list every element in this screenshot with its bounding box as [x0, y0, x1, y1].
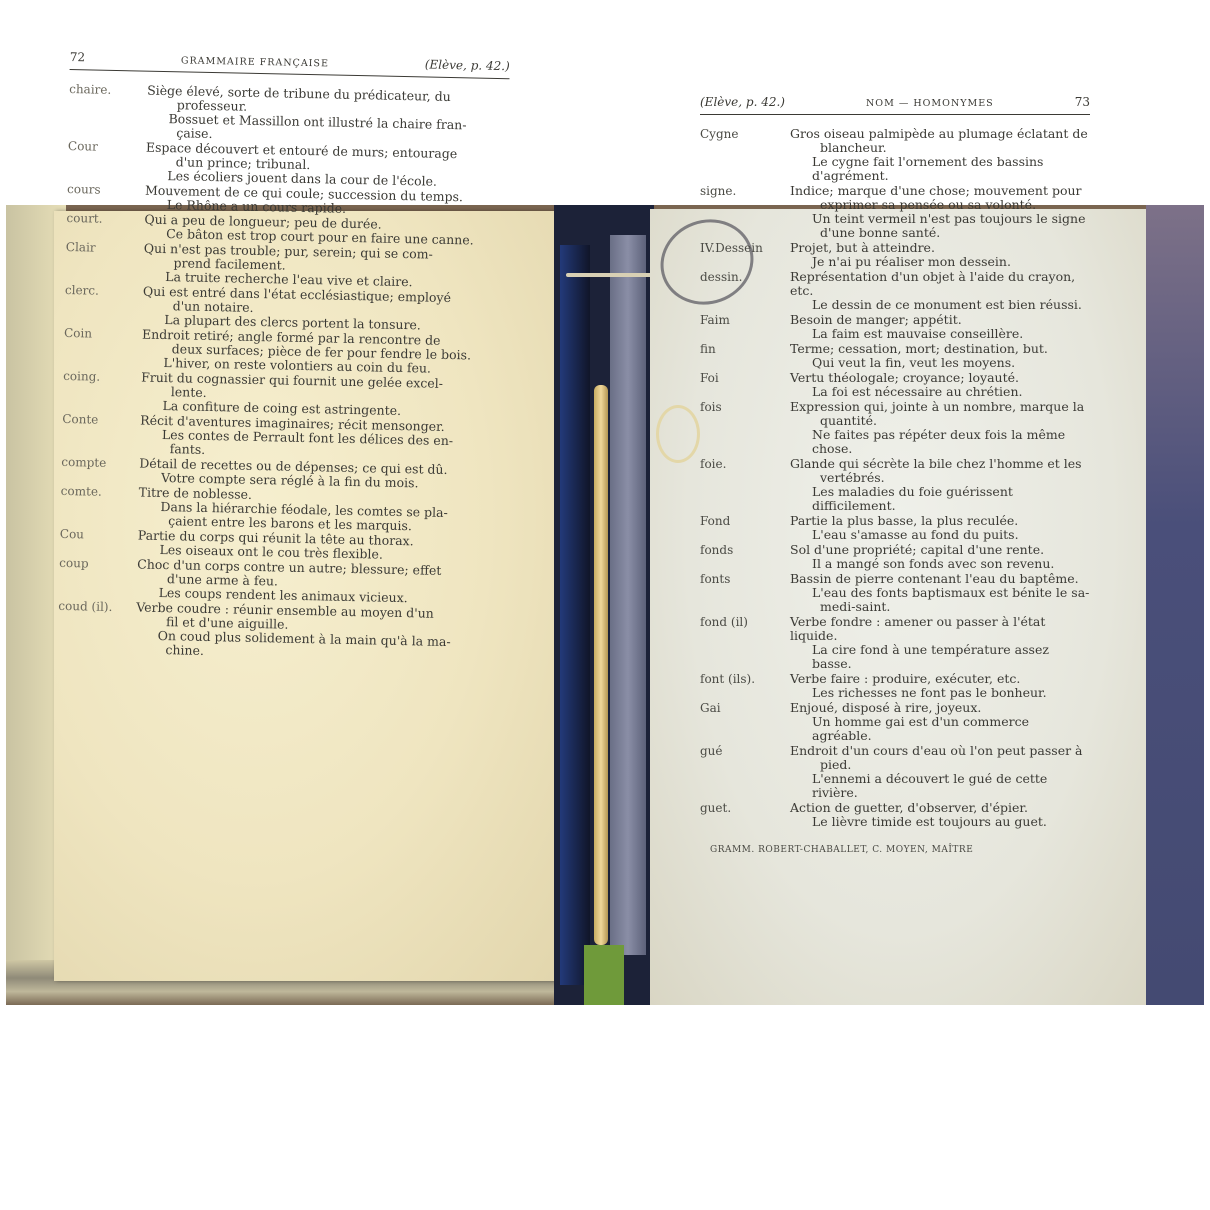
entry-term: Foi	[700, 371, 790, 399]
definition-line: Indice; marque d'une chose; mouvement po…	[790, 184, 1090, 198]
entry-term: coud (il).	[57, 599, 136, 657]
entry-term: foie.	[700, 457, 790, 513]
definition-line: Représentation d'un objet à l'aide du cr…	[790, 270, 1090, 298]
example-line: d'une bonne santé.	[790, 226, 1090, 240]
definition-line: vertébrés.	[790, 471, 1090, 485]
entry-definition: Terme; cessation, mort; destination, but…	[790, 342, 1090, 370]
entry: IV.DesseinProjet, but à atteindre.Je n'a…	[700, 241, 1090, 269]
entry-definition: Besoin de manger; appétit.La faim est ma…	[790, 313, 1090, 341]
entry: guéEndroit d'un cours d'eau où l'on peut…	[700, 744, 1090, 800]
entry-term: fonts	[700, 572, 790, 614]
example-line: medi-saint.	[790, 600, 1090, 614]
entry-term: Cour	[67, 139, 146, 183]
entry-term: font (ils).	[700, 672, 790, 700]
entry: guet.Action de guetter, d'observer, d'ép…	[700, 801, 1090, 829]
entry-term: fonds	[700, 543, 790, 571]
example-line: Il a mangé son fonds avec son revenu.	[790, 557, 1090, 571]
definition-line: Verbe faire : produire, exécuter, etc.	[790, 672, 1090, 686]
entry-term: coup	[59, 556, 138, 600]
entry-term: dessin.	[700, 270, 790, 312]
entry-definition: Vertu théologale; croyance; loyauté.La f…	[790, 371, 1090, 399]
left-page-header: 72 GRAMMAIRE FRANÇAISE (Elève, p. 42.)	[70, 50, 510, 79]
entry-term: Conte	[62, 412, 141, 456]
definition-line: Sol d'une propriété; capital d'une rente…	[790, 543, 1090, 557]
page-number: 73	[1075, 95, 1090, 109]
thread-loop	[656, 405, 700, 463]
definition-line: Endroit d'un cours d'eau où l'on peut pa…	[790, 744, 1090, 758]
definition-line: Besoin de manger; appétit.	[790, 313, 1090, 327]
entry: fontsBassin de pierre contenant l'eau du…	[700, 572, 1090, 614]
definition-line: Bassin de pierre contenant l'eau du bapt…	[790, 572, 1090, 586]
entry-definition: Endroit retiré; angle formé par la renco…	[141, 328, 504, 378]
entry: chaire.Siège élevé, sorte de tribune du …	[68, 82, 509, 147]
example-line: La cire fond à une température assez bas…	[790, 643, 1090, 671]
entry-term: clerc.	[64, 283, 143, 327]
definition-line: pied.	[790, 758, 1090, 772]
entry-definition: Gros oiseau palmipède au plumage éclatan…	[790, 127, 1090, 183]
entry-term: cours	[67, 182, 146, 212]
definition-line: Gros oiseau palmipède au plumage éclatan…	[790, 127, 1090, 141]
entry: font (ils).Verbe faire : produire, exécu…	[700, 672, 1090, 700]
definition-line: Expression qui, jointe à un nombre, marq…	[790, 400, 1090, 414]
entry: fond (il)Verbe fondre : amener ou passer…	[700, 615, 1090, 671]
spine-green-patch	[584, 945, 624, 1005]
example-line: Les richesses ne font pas le bonheur.	[790, 686, 1090, 700]
definition-line: Projet, but à atteindre.	[790, 241, 1090, 255]
entry-definition: Endroit d'un cours d'eau où l'on peut pa…	[790, 744, 1090, 800]
bookmark-stick	[594, 385, 608, 945]
right-page-text: (Elève, p. 42.) NOM — HOMONYMES 73 Cygne…	[700, 95, 1090, 857]
example-line: Les maladies du foie guérissent difficil…	[790, 485, 1090, 513]
example-line: La faim est mauvaise conseillère.	[790, 327, 1090, 341]
example-line: Le cygne fait l'ornement des bassins d'a…	[790, 155, 1090, 183]
entry-definition: Qui est entré dans l'état ecclésiastique…	[142, 285, 505, 335]
right-page-header: (Elève, p. 42.) NOM — HOMONYMES 73	[700, 95, 1090, 115]
entry-term: fin	[700, 342, 790, 370]
entry: signe.Indice; marque d'une chose; mouvem…	[700, 184, 1090, 240]
entry: FondPartie la plus basse, la plus reculé…	[700, 514, 1090, 542]
book-spine	[554, 205, 654, 1005]
entry: CygneGros oiseau palmipède au plumage éc…	[700, 127, 1090, 183]
definition-line: Action de guetter, d'observer, d'épier.	[790, 801, 1090, 815]
entry: coud (il).Verbe coudre : réunir ensemble…	[57, 599, 498, 664]
entry-definition: Qui n'est pas trouble; pur, serein; qui …	[143, 242, 506, 292]
entry: dessin.Représentation d'un objet à l'aid…	[700, 270, 1090, 312]
page-number: 72	[70, 50, 86, 64]
entry-term: court.	[66, 211, 145, 241]
entry-term: Cou	[59, 527, 138, 557]
entry-definition: Sol d'une propriété; capital d'une rente…	[790, 543, 1090, 571]
entry-term: chaire.	[68, 82, 147, 140]
entry-definition: Action de guetter, d'observer, d'épier.L…	[790, 801, 1090, 829]
entry-term: fois	[700, 400, 790, 456]
example-line: Un teint vermeil n'est pas toujours le s…	[790, 212, 1090, 226]
example-line: Le dessin de ce monument est bien réussi…	[790, 298, 1090, 312]
right-entries: CygneGros oiseau palmipède au plumage éc…	[700, 127, 1090, 829]
definition-line: Enjoué, disposé à rire, joyeux.	[790, 701, 1090, 715]
entry-definition: Enjoué, disposé à rire, joyeux.Un homme …	[790, 701, 1090, 743]
entry-definition: Verbe coudre : réunir ensemble au moyen …	[135, 601, 498, 665]
example-line: Un homme gai est d'un commerce agréable.	[790, 715, 1090, 743]
example-line: Le lièvre timide est toujours au guet.	[790, 815, 1090, 829]
entry-term: compte	[61, 455, 140, 485]
definition-line: Vertu théologale; croyance; loyauté.	[790, 371, 1090, 385]
entry: fondsSol d'une propriété; capital d'une …	[700, 543, 1090, 571]
entry-term: guet.	[700, 801, 790, 829]
running-title: NOM — HOMONYMES	[866, 97, 994, 111]
definition-line: Partie la plus basse, la plus reculée.	[790, 514, 1090, 528]
entry-term: gué	[700, 744, 790, 800]
entry-term: signe.	[700, 184, 790, 240]
entry: GaiEnjoué, disposé à rire, joyeux.Un hom…	[700, 701, 1090, 743]
entry-term: coing.	[62, 369, 141, 413]
entry-definition: Indice; marque d'une chose; mouvement po…	[790, 184, 1090, 240]
example-line: La foi est nécessaire au chrétien.	[790, 385, 1090, 399]
reference: (Elève, p. 42.)	[700, 95, 785, 109]
definition-line: blancheur.	[790, 141, 1090, 155]
entry-definition: Partie la plus basse, la plus reculée.L'…	[790, 514, 1090, 542]
spine-cloth	[560, 245, 590, 985]
reference: (Elève, p. 42.)	[425, 57, 510, 73]
example-line: Qui veut la fin, veut les moyens.	[790, 356, 1090, 370]
entry: finTerme; cessation, mort; destination, …	[700, 342, 1090, 370]
left-page-text: 72 GRAMMAIRE FRANÇAISE (Elève, p. 42.) c…	[57, 50, 510, 665]
entry: foisExpression qui, jointe à un nombre, …	[700, 400, 1090, 456]
entry-term: comte.	[60, 484, 139, 528]
entry-term: Cygne	[700, 127, 790, 183]
example-line: L'eau des fonts baptismaux est bénite le…	[790, 586, 1090, 600]
entry: foie.Glande qui sécrète la bile chez l'h…	[700, 457, 1090, 513]
entry-definition: Siège élevé, sorte de tribune du prédica…	[146, 84, 509, 148]
entry-definition: Représentation d'un objet à l'aide du cr…	[790, 270, 1090, 312]
entry-term: fond (il)	[700, 615, 790, 671]
entry-definition: Bassin de pierre contenant l'eau du bapt…	[790, 572, 1090, 614]
entry-definition: Fruit du cognassier qui fournit une gelé…	[140, 371, 503, 421]
running-title: GRAMMAIRE FRANÇAISE	[181, 54, 329, 71]
entry-term: Faim	[700, 313, 790, 341]
example-line: L'eau s'amasse au fond du puits.	[790, 528, 1090, 542]
entry-term: Fond	[700, 514, 790, 542]
example-line: Je n'ai pu réaliser mon dessein.	[790, 255, 1090, 269]
entry-term: Coin	[63, 326, 142, 370]
entry-definition: Verbe faire : produire, exécuter, etc.Le…	[790, 672, 1090, 700]
entry-term: Clair	[65, 240, 144, 284]
definition-line: quantité.	[790, 414, 1090, 428]
entry: FoiVertu théologale; croyance; loyauté.L…	[700, 371, 1090, 399]
page-footer: GRAMM. ROBERT-CHABALLET, C. MOYEN, MAÎTR…	[700, 843, 1090, 857]
entry-term: IV.Dessein	[700, 241, 790, 269]
example-line: L'ennemi a découvert le gué de cette riv…	[790, 772, 1090, 800]
example-line: Ne faites pas répéter deux fois la même …	[790, 428, 1090, 456]
entry-definition: Verbe fondre : amener ou passer à l'état…	[790, 615, 1090, 671]
entry: FaimBesoin de manger; appétit.La faim es…	[700, 313, 1090, 341]
definition-line: exprimer sa pensée ou sa volonté.	[790, 198, 1090, 212]
definition-line: Terme; cessation, mort; destination, but…	[790, 342, 1090, 356]
entry-definition: Expression qui, jointe à un nombre, marq…	[790, 400, 1090, 456]
entry-term: Gai	[700, 701, 790, 743]
definition-line: Verbe fondre : amener ou passer à l'état…	[790, 615, 1090, 643]
right-cover-edge	[1146, 205, 1204, 1005]
definition-line: Glande qui sécrète la bile chez l'homme …	[790, 457, 1090, 471]
entry-definition: Glande qui sécrète la bile chez l'homme …	[790, 457, 1090, 513]
left-entries: chaire.Siège élevé, sorte de tribune du …	[57, 82, 509, 664]
entry-definition: Projet, but à atteindre.Je n'ai pu réali…	[790, 241, 1090, 269]
binding-thread	[566, 273, 656, 277]
spine-board	[610, 235, 646, 955]
